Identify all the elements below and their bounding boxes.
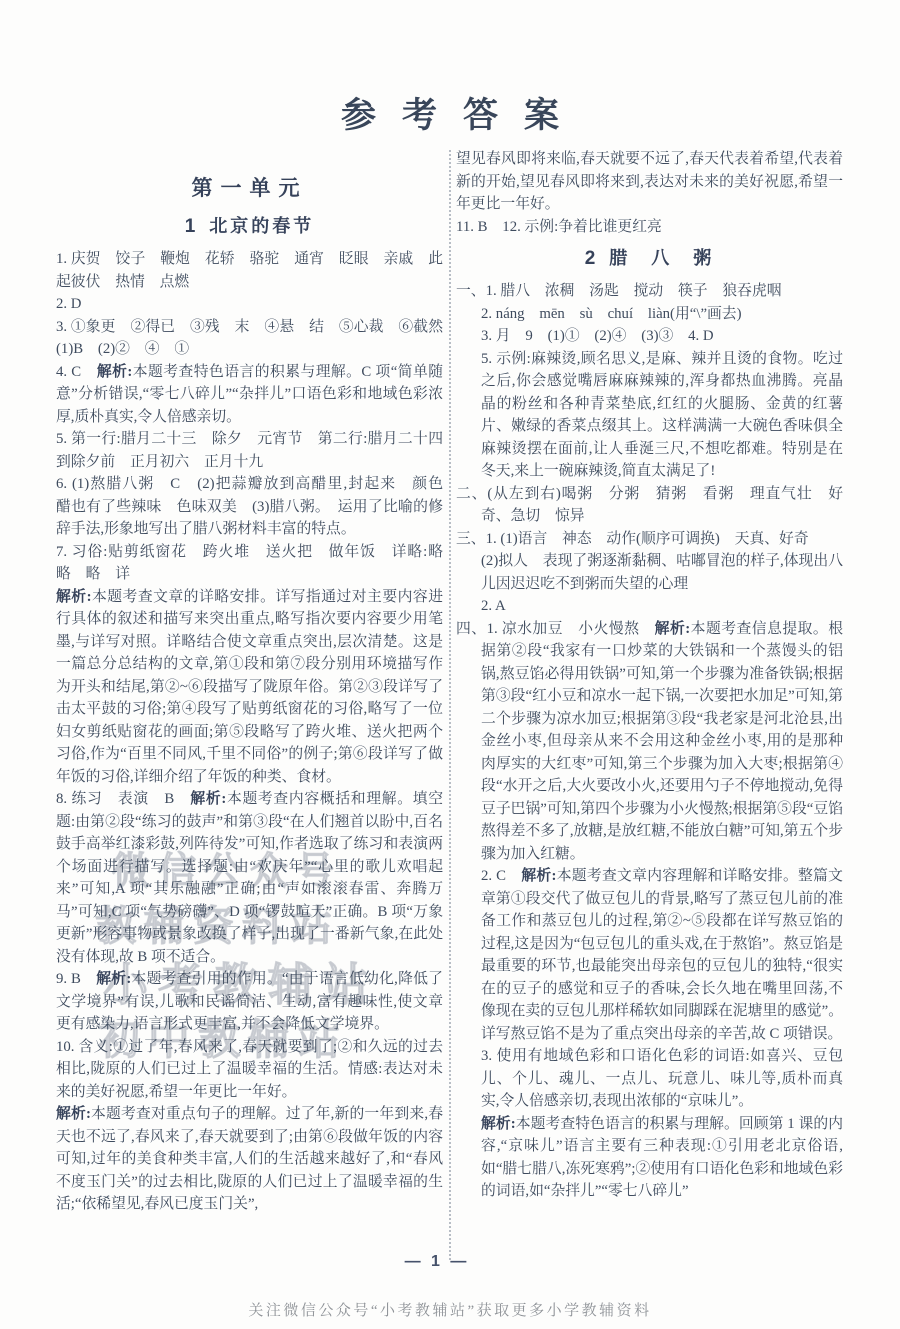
analysis-label: 解析: (97, 364, 132, 380)
analysis-label: 解析: (190, 791, 226, 807)
answer-paragraph: 9. B 解析:本题考查引用的作用。“由于语言低幼化,降低了文学境界”有误,儿歌… (56, 968, 443, 1036)
text-columns: 第一单元1北京的春节1. 庆贺 饺子 鞭炮 花轿 骆驼 通宵 眨眼 亲戚 此起彼… (56, 148, 845, 1262)
answer-paragraph: 3. 月 9 (1)① (2)④ (3)③ 4. D (456, 325, 843, 348)
lesson-number: 1 (185, 216, 196, 237)
answer-paragraph: 四、1. 凉水加豆 小火慢熬 解析:本题考查信息提取。根据第②段“我家有一口炒菜… (456, 618, 843, 866)
footer-note: 关注微信公众号“小考教辅站”获取更多小学教辅资料 (0, 1299, 900, 1320)
answer-paragraph: 解析:本题考查特色语言的积累与理解。回顾第 1 课的内容,“京味儿”语言主要有三… (456, 1113, 843, 1203)
answer-paragraph: 2. D (56, 293, 443, 316)
answer-paragraph: 2. C 解析:本题考查文章内容理解和详略安排。整篇文章第①段交代了做豆包儿的背… (456, 865, 843, 1045)
answer-paragraph: 一、1. 腊八 浓稠 汤匙 搅动 筷子 狼吞虎咽 (456, 280, 843, 303)
column-divider (449, 150, 451, 1260)
analysis-label: 解析: (96, 971, 131, 987)
unit-heading: 第一单元 (56, 172, 443, 202)
answer-paragraph: 4. C 解析:本题考查特色语言的积累与理解。C 项“简单随意”分析错误,“零七… (56, 361, 443, 429)
analysis-label: 解析: (521, 868, 556, 884)
answer-paragraph: 5. 示例:麻辣烫,顾名思义,是麻、辣并且烫的食物。吃过之后,你会感觉嘴唇麻麻辣… (456, 348, 843, 483)
lesson-number: 2 (585, 248, 596, 269)
lesson-title: 北京的春节 (209, 216, 314, 236)
left-column: 第一单元1北京的春节1. 庆贺 饺子 鞭炮 花轿 骆驼 通宵 眨眼 亲戚 此起彼… (56, 148, 443, 1262)
page-title: 参考答案 (0, 88, 900, 138)
answer-paragraph: 望见春风即将来临,春天就要不远了,春天代表着希望,代表着新的开始,望见春风即将来… (456, 148, 843, 216)
answer-paragraph: 10. 含义:①过了年,春风来了,春天就要到了;②和久远的过去相比,陇原的人们已… (56, 1036, 443, 1104)
lesson-heading: 1北京的春节 (56, 212, 443, 238)
answer-paragraph: 11. B 12. 示例:争着比谁更红亮 (456, 216, 843, 239)
answer-paragraph: 2. náng mēn sù chuí liàn(用“\”画去) (456, 303, 843, 326)
answer-sheet-page: 参考答案 微信公众号教辅资料站小考教辅站初中教辅站 第一单元1北京的春节1. 庆… (0, 0, 900, 1329)
answer-paragraph: (2)拟人 表现了粥逐渐黏稠、咕嘟冒泡的样子,体现出八儿因迟迟吃不到粥而失望的心… (456, 550, 843, 595)
answer-paragraph: 解析:本题考查对重点句子的理解。过了年,新的一年到来,春天也不远了,春风来了,春… (56, 1103, 443, 1216)
analysis-label: 解析: (56, 1106, 91, 1122)
analysis-label: 解析: (56, 589, 92, 605)
answer-paragraph: 7. 习俗:贴剪纸窗花 跨火堆 送火把 做年饭 详略:略 略 略 详 (56, 541, 443, 586)
answer-paragraph: 3. ①象更 ②得已 ③残 末 ④悬 结 ⑤心裁 ⑥截然 (1)B (2)② ④… (56, 316, 443, 361)
answer-paragraph: 1. 庆贺 饺子 鞭炮 花轿 骆驼 通宵 眨眼 亲戚 此起彼伏 热情 点燃 (56, 248, 443, 293)
answer-paragraph: 三、1. (1)语言 神态 动作(顺序可调换) 天真、好奇 (456, 528, 843, 551)
analysis-label: 解析: (655, 621, 691, 637)
right-column: 望见春风即将来临,春天就要不远了,春天代表着希望,代表着新的开始,望见春风即将来… (456, 148, 843, 1262)
answer-paragraph: 二、(从左到右)喝粥 分粥 猜粥 看粥 理直气壮 好奇、急切 惊异 (456, 483, 843, 528)
analysis-label: 解析: (481, 1116, 516, 1132)
answer-paragraph: 5. 第一行:腊月二十三 除夕 元宵节 第二行:腊月二十四到除夕前 正月初六 正… (56, 428, 443, 473)
answer-paragraph: 解析:本题考查文章的详略安排。详写指通过对主要内容进行具体的叙述和描写来突出重点… (56, 586, 443, 789)
lesson-heading: 2腊 八 粥 (456, 244, 843, 270)
answer-paragraph: 8. 练习 表演 B 解析:本题考查内容概括和理解。填空题:由第②段“练习的鼓声… (56, 788, 443, 968)
answer-paragraph: 2. A (456, 595, 843, 618)
answer-paragraph: 6. (1)熬腊八粥 C (2)把蒜瓣放到高醋里,封起来 颜色 醋也有了些辣味 … (56, 473, 443, 541)
answer-paragraph: 3. 使用有地域色彩和口语化色彩的词语:如喜兴、豆包儿、个儿、魂儿、一点儿、玩意… (456, 1045, 843, 1113)
lesson-title: 腊 八 粥 (609, 248, 714, 268)
